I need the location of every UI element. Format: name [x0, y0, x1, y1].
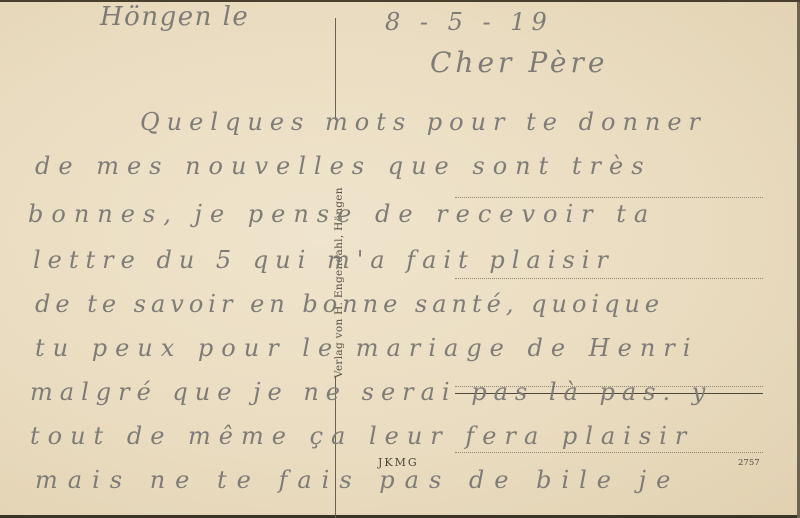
address-line-2 — [455, 278, 763, 279]
handwritten-date: 8 - 5 - 19 — [385, 8, 553, 36]
handwritten-line-5: de te savoir en bonne santé, quoique — [35, 290, 664, 318]
handwritten-salutation: Cher Père — [430, 46, 608, 79]
address-line-4 — [455, 452, 763, 453]
center-divider-top — [335, 18, 336, 120]
handwritten-place: Höngen le — [100, 2, 249, 32]
handwritten-line-3: bonnes, je pense de recevoir ta — [28, 200, 656, 228]
handwritten-line-6: tu peux pour le mariage de Henri — [35, 334, 698, 362]
handwritten-line-2: de mes nouvelles que sont très — [35, 152, 652, 180]
handwritten-line-8: tout de même ça leur fera plaisir — [30, 422, 694, 450]
card-number: 2757 — [738, 458, 760, 468]
handwritten-line-1: Quelques mots pour te donner — [140, 108, 707, 136]
handwritten-line-9: mais ne te fais pas de bile je — [35, 466, 680, 494]
postcard-back: Verlag von H. Engendahl, Höngen JKMG 275… — [0, 0, 800, 518]
address-line-1 — [455, 197, 763, 198]
handwritten-line-4: lettre du 5 qui m'a fait plaisir — [33, 246, 615, 274]
handwritten-line-7: malgré que je ne serai pas là pas. y — [30, 378, 712, 406]
